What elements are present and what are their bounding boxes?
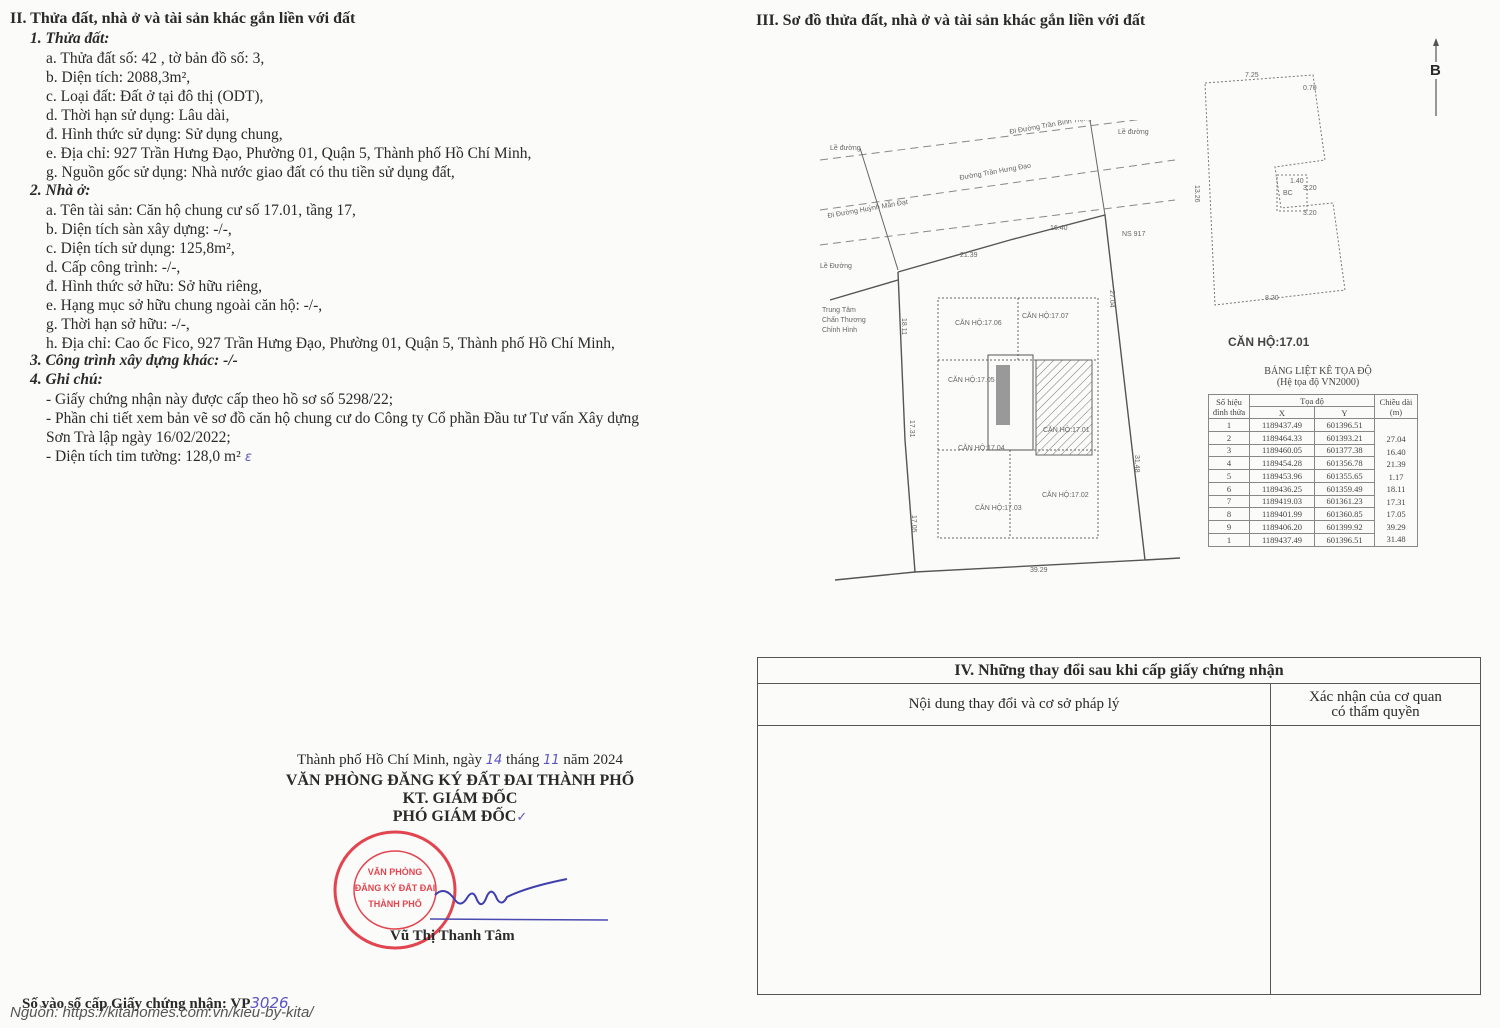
- section-ii-title: II. Thửa đất, nhà ở và tài sản khác gắn …: [10, 10, 355, 28]
- house-line: e. Hạng mục sở hữu chung ngoài căn hộ: -…: [46, 296, 615, 315]
- coord-row: 11189437.49601396.5127.0416.4021.391.171…: [1209, 419, 1418, 432]
- kt-director: KT. GIÁM ĐỐC: [250, 790, 670, 808]
- svg-text:27.04: 27.04: [1108, 290, 1115, 308]
- svg-text:13.26: 13.26: [1193, 185, 1200, 203]
- svg-text:CĂN HỘ:17.07: CĂN HỘ:17.07: [1022, 311, 1069, 320]
- changes-title: IV. Những thay đổi sau khi cấp giấy chứn…: [758, 658, 1481, 684]
- house-line: đ. Hình thức sở hữu: Sở hữu riêng,: [46, 277, 615, 296]
- lengths-cell: 27.0416.4021.391.1718.1117.3117.0539.293…: [1375, 419, 1418, 547]
- north-label: B: [1430, 62, 1441, 79]
- changes-col-content: Nội dung thay đổi và cơ sở pháp lý: [758, 684, 1271, 726]
- land-line: c. Loại đất: Đất ở tại đô thị (ODT),: [46, 87, 531, 106]
- changes-confirm-cell: [1271, 726, 1481, 995]
- sign-date: Thành phố Hồ Chí Minh, ngày 14 tháng 11 …: [250, 752, 670, 769]
- svg-text:CĂN HỘ:17.03: CĂN HỘ:17.03: [975, 503, 1022, 512]
- svg-text:Trung Tâm: Trung Tâm: [822, 307, 856, 314]
- coord-table-title: BẢNG LIỆT KÊ TỌA ĐỘ (Hệ tọa độ VN2000): [1210, 366, 1426, 388]
- svg-text:BC: BC: [1283, 190, 1293, 197]
- svg-text:ĐĂNG KÝ ĐẤT ĐAI: ĐĂNG KÝ ĐẤT ĐAI: [355, 882, 436, 893]
- svg-text:CĂN HỘ:17.06: CĂN HỘ:17.06: [955, 318, 1002, 327]
- unit-plan-title: CĂN HỘ:17.01: [1228, 335, 1309, 349]
- source-watermark: Nguồn: https://kitahomes.com.vn/kieu-by-…: [10, 1004, 313, 1021]
- changes-table: IV. Những thay đổi sau khi cấp giấy chứn…: [757, 657, 1481, 995]
- house-heading: 2. Nhà ở:: [30, 182, 90, 200]
- initial-mark: ɛ: [241, 450, 252, 465]
- sign-day: 14: [486, 753, 503, 768]
- svg-text:THÀNH PHỐ: THÀNH PHỐ: [368, 898, 422, 909]
- signature-scribble: [430, 870, 610, 930]
- land-line: g. Nguồn gốc sử dụng: Nhà nước giao đất …: [46, 163, 531, 182]
- svg-text:17.31: 17.31: [908, 420, 915, 438]
- coord-table: Số hiệu đỉnh thửa Tọa độ Chiều dài (m) X…: [1208, 394, 1418, 547]
- land-line: đ. Hình thức sử dụng: Sử dụng chung,: [46, 125, 531, 144]
- land-line: b. Diện tích: 2088,3m²,: [46, 68, 531, 87]
- svg-text:CĂN HỘ:17.02: CĂN HỘ:17.02: [1042, 490, 1089, 499]
- svg-text:Lề đường: Lề đường: [830, 143, 861, 152]
- svg-text:CĂN HỘ:17.04: CĂN HỘ:17.04: [958, 443, 1005, 452]
- svg-text:18.11: 18.11: [900, 318, 907, 335]
- land-line: d. Thời hạn sử dụng: Lâu dài,: [46, 106, 531, 125]
- changes-col-confirm: Xác nhận của cơ quan có thẩm quyền: [1271, 684, 1481, 726]
- house-line: b. Diện tích sàn xây dựng: -/-,: [46, 220, 615, 239]
- site-plan: Lề đường Lề đường Đi Đường Trần Bình Trọ…: [810, 120, 1180, 590]
- note-line: Sơn Trà lập ngày 16/02/2022;: [46, 428, 639, 447]
- other-works: 3. Công trình xây dựng khác: -/-: [30, 352, 238, 370]
- issuing-office: VĂN PHÒNG ĐĂNG KÝ ĐẤT ĐAI THÀNH PHỐ: [250, 772, 670, 790]
- svg-text:Đi Đường Huỳnh Mẫn Đạt: Đi Đường Huỳnh Mẫn Đạt: [827, 197, 909, 220]
- svg-text:7.25: 7.25: [1245, 72, 1259, 79]
- house-line: d. Cấp công trình: -/-,: [46, 258, 615, 277]
- deputy-director: PHÓ GIÁM ĐỐC✓: [250, 808, 670, 826]
- sign-month: 11: [543, 753, 560, 768]
- house-details: a. Tên tài sản: Căn hộ chung cư số 17.01…: [46, 201, 615, 353]
- svg-text:Đường Trần Hưng Đạo: Đường Trần Hưng Đạo: [959, 161, 1032, 182]
- land-line: e. Địa chỉ: 927 Trần Hưng Đạo, Phường 01…: [46, 144, 531, 163]
- svg-text:17.05: 17.05: [910, 515, 917, 533]
- svg-text:Chấn Thương: Chấn Thương: [822, 315, 866, 324]
- svg-text:31.48: 31.48: [1133, 455, 1140, 473]
- note-line: - Diện tích tim tường: 128,0 m² ɛ: [46, 447, 639, 467]
- svg-text:Chỉnh Hình: Chỉnh Hình: [822, 326, 857, 334]
- svg-text:CĂN HỘ:17.05: CĂN HỘ:17.05: [948, 375, 995, 384]
- notes-list: - Giấy chứng nhận này được cấp theo hồ s…: [46, 390, 639, 467]
- note-text: - Diện tích tim tường: 128,0 m²: [46, 448, 241, 465]
- svg-text:16.40: 16.40: [1050, 225, 1068, 232]
- svg-text:39.29: 39.29: [1030, 567, 1048, 574]
- svg-text:VĂN PHÒNG: VĂN PHÒNG: [368, 866, 423, 877]
- notes-heading: 4. Ghi chú:: [30, 371, 103, 389]
- house-line: g. Thời hạn sở hữu: -/-,: [46, 315, 615, 334]
- svg-text:Lề Đường: Lề Đường: [820, 261, 852, 270]
- svg-text:8.20: 8.20: [1265, 295, 1279, 302]
- svg-text:CĂN HỘ:17.01: CĂN HỘ:17.01: [1043, 425, 1090, 434]
- svg-text:Đi Đường Trần Bình Trọng: Đi Đường Trần Bình Trọng: [1009, 120, 1092, 136]
- svg-text:Lề đường: Lề đường: [1118, 127, 1149, 136]
- svg-text:NS 917: NS 917: [1122, 231, 1145, 238]
- unit-plan: 7.25 0.70 3.20 BC 1.40 3.20 8.20 13.26: [1185, 65, 1375, 335]
- svg-text:3.20: 3.20: [1303, 210, 1317, 217]
- svg-text:1.40: 1.40: [1290, 178, 1304, 185]
- svg-text:3.20: 3.20: [1303, 185, 1317, 192]
- svg-text:21.39: 21.39: [960, 252, 978, 259]
- house-line: a. Tên tài sản: Căn hộ chung cư số 17.01…: [46, 201, 615, 220]
- changes-content-cell: [758, 726, 1271, 995]
- svg-text:0.70: 0.70: [1303, 85, 1317, 92]
- signature-block: Thành phố Hồ Chí Minh, ngày 14 tháng 11 …: [250, 752, 670, 826]
- note-line: - Phần chi tiết xem bản vẽ sơ đồ căn hộ …: [46, 409, 639, 428]
- note-line: - Giấy chứng nhận này được cấp theo hồ s…: [46, 390, 639, 409]
- house-line: c. Diện tích sử dụng: 125,8m²,: [46, 239, 615, 258]
- land-details: a. Thửa đất số: 42 , tờ bản đồ số: 3, b.…: [46, 49, 531, 182]
- house-line: h. Địa chỉ: Cao ốc Fico, 927 Trần Hưng Đ…: [46, 334, 615, 353]
- land-line: a. Thửa đất số: 42 , tờ bản đồ số: 3,: [46, 49, 531, 68]
- land-heading: 1. Thửa đất:: [30, 30, 109, 48]
- section-iii-title: III. Sơ đồ thửa đất, nhà ở và tài sản kh…: [756, 12, 1145, 30]
- signer-name: Vũ Thị Thanh Tâm: [390, 928, 515, 945]
